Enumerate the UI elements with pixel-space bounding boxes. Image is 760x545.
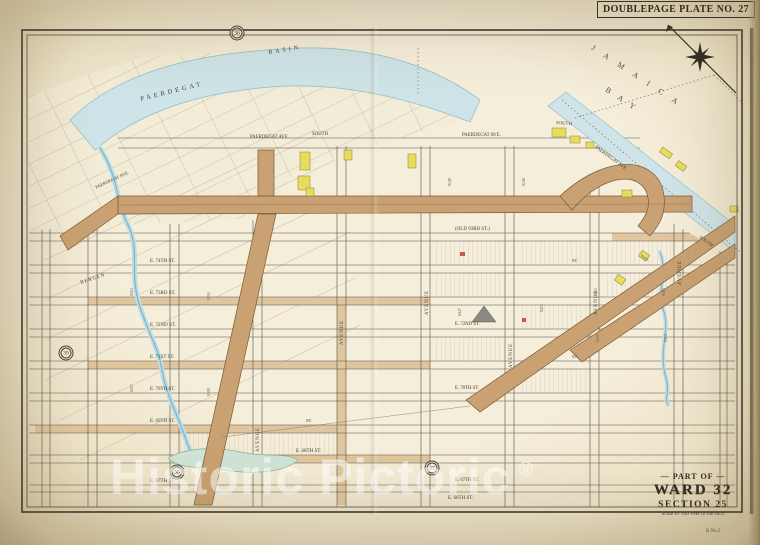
map-label: AVENUE — [510, 343, 515, 368]
map-label: 8469 — [640, 254, 649, 262]
label-basin: BASIN — [268, 45, 302, 56]
map-label: E. 70TH ST. — [150, 387, 175, 392]
label-bay: BAY — [604, 86, 645, 116]
map-label: ST. — [306, 419, 312, 424]
map-label: AVENUE — [426, 290, 431, 315]
map-label: E. 74TH ST. — [150, 259, 175, 264]
map-label: SOUTH — [556, 122, 572, 128]
map-label: 8209 — [207, 388, 211, 396]
sheet-corner-mark: B.No.2 — [706, 529, 720, 534]
label-jamaica: JAMAICA — [590, 44, 689, 112]
historic-map-sheet: BASINPAERDEGATJAMAICABAYBERGENPAERDEGAT … — [0, 0, 760, 545]
cartouche-part-of: PART OF — [628, 472, 758, 481]
map-label: E. 70TH ST. — [455, 387, 479, 392]
plate-title: DOUBLEPAGE PLATE NO. 27 — [603, 4, 749, 15]
cartouche-ward: WARD 32 — [628, 482, 758, 499]
map-label: PAERDEGAT AVE. — [250, 136, 289, 141]
map-label: 8462 — [664, 334, 668, 342]
ward-cartouche: PART OF WARD 32 SECTION 25 Scale of 160 … — [628, 472, 758, 517]
page-right-edge — [748, 0, 760, 545]
map-label: 8203 — [130, 288, 134, 296]
map-label: (OLD 93RD ST.) — [455, 227, 490, 232]
map-label: 8205 — [207, 292, 211, 300]
cartouche-section: SECTION 25 — [628, 500, 758, 510]
map-label: SOUTH — [312, 133, 328, 138]
map-label: E. 72ND ST. — [455, 323, 480, 328]
watermark: Historic Pictoric® — [110, 448, 534, 506]
map-label: 8146 — [522, 178, 526, 186]
map-label: AVENUE — [679, 260, 684, 285]
map-label: ST. — [572, 259, 578, 264]
label-paerdegat: PAERDEGAT — [140, 81, 204, 103]
cartouche-scale: Scale of 160 Feet to the Inch — [628, 511, 758, 517]
plate-ref-circle: 39 — [59, 346, 74, 361]
map-label: 8148 — [448, 178, 452, 186]
map-label: 8451 — [540, 304, 544, 312]
map-label: E. 72ND ST. — [150, 323, 176, 328]
map-label: E. 69TH ST. — [150, 419, 175, 424]
plate-ref-circle: 36 — [230, 26, 245, 41]
watermark-text: Historic Pictoric — [110, 449, 510, 505]
map-label: PAERDEGAT AVE. — [462, 134, 501, 139]
map-label: E. 71ST ST. — [150, 355, 174, 360]
map-label: AVENUE — [341, 320, 346, 345]
map-label: E. 73RD ST. — [150, 291, 175, 296]
map-label: 8458 — [596, 334, 600, 342]
label-bergen: BERGEN — [80, 273, 106, 286]
plate-title-box: DOUBLEPAGE PLATE NO. 27 — [597, 1, 755, 18]
registered-mark-icon: ® — [518, 459, 534, 481]
map-label: 8465 — [662, 288, 666, 296]
map-label: 8447 — [458, 308, 462, 316]
map-label: SOUTH — [697, 236, 713, 249]
map-label: 8461 — [594, 288, 598, 296]
map-label: 8207 — [130, 384, 134, 392]
map-label: ST. — [572, 355, 578, 360]
map-label: PAERDEGAT AVE. — [593, 146, 627, 173]
map-label: PAERDEGAT AVE. — [95, 171, 130, 190]
